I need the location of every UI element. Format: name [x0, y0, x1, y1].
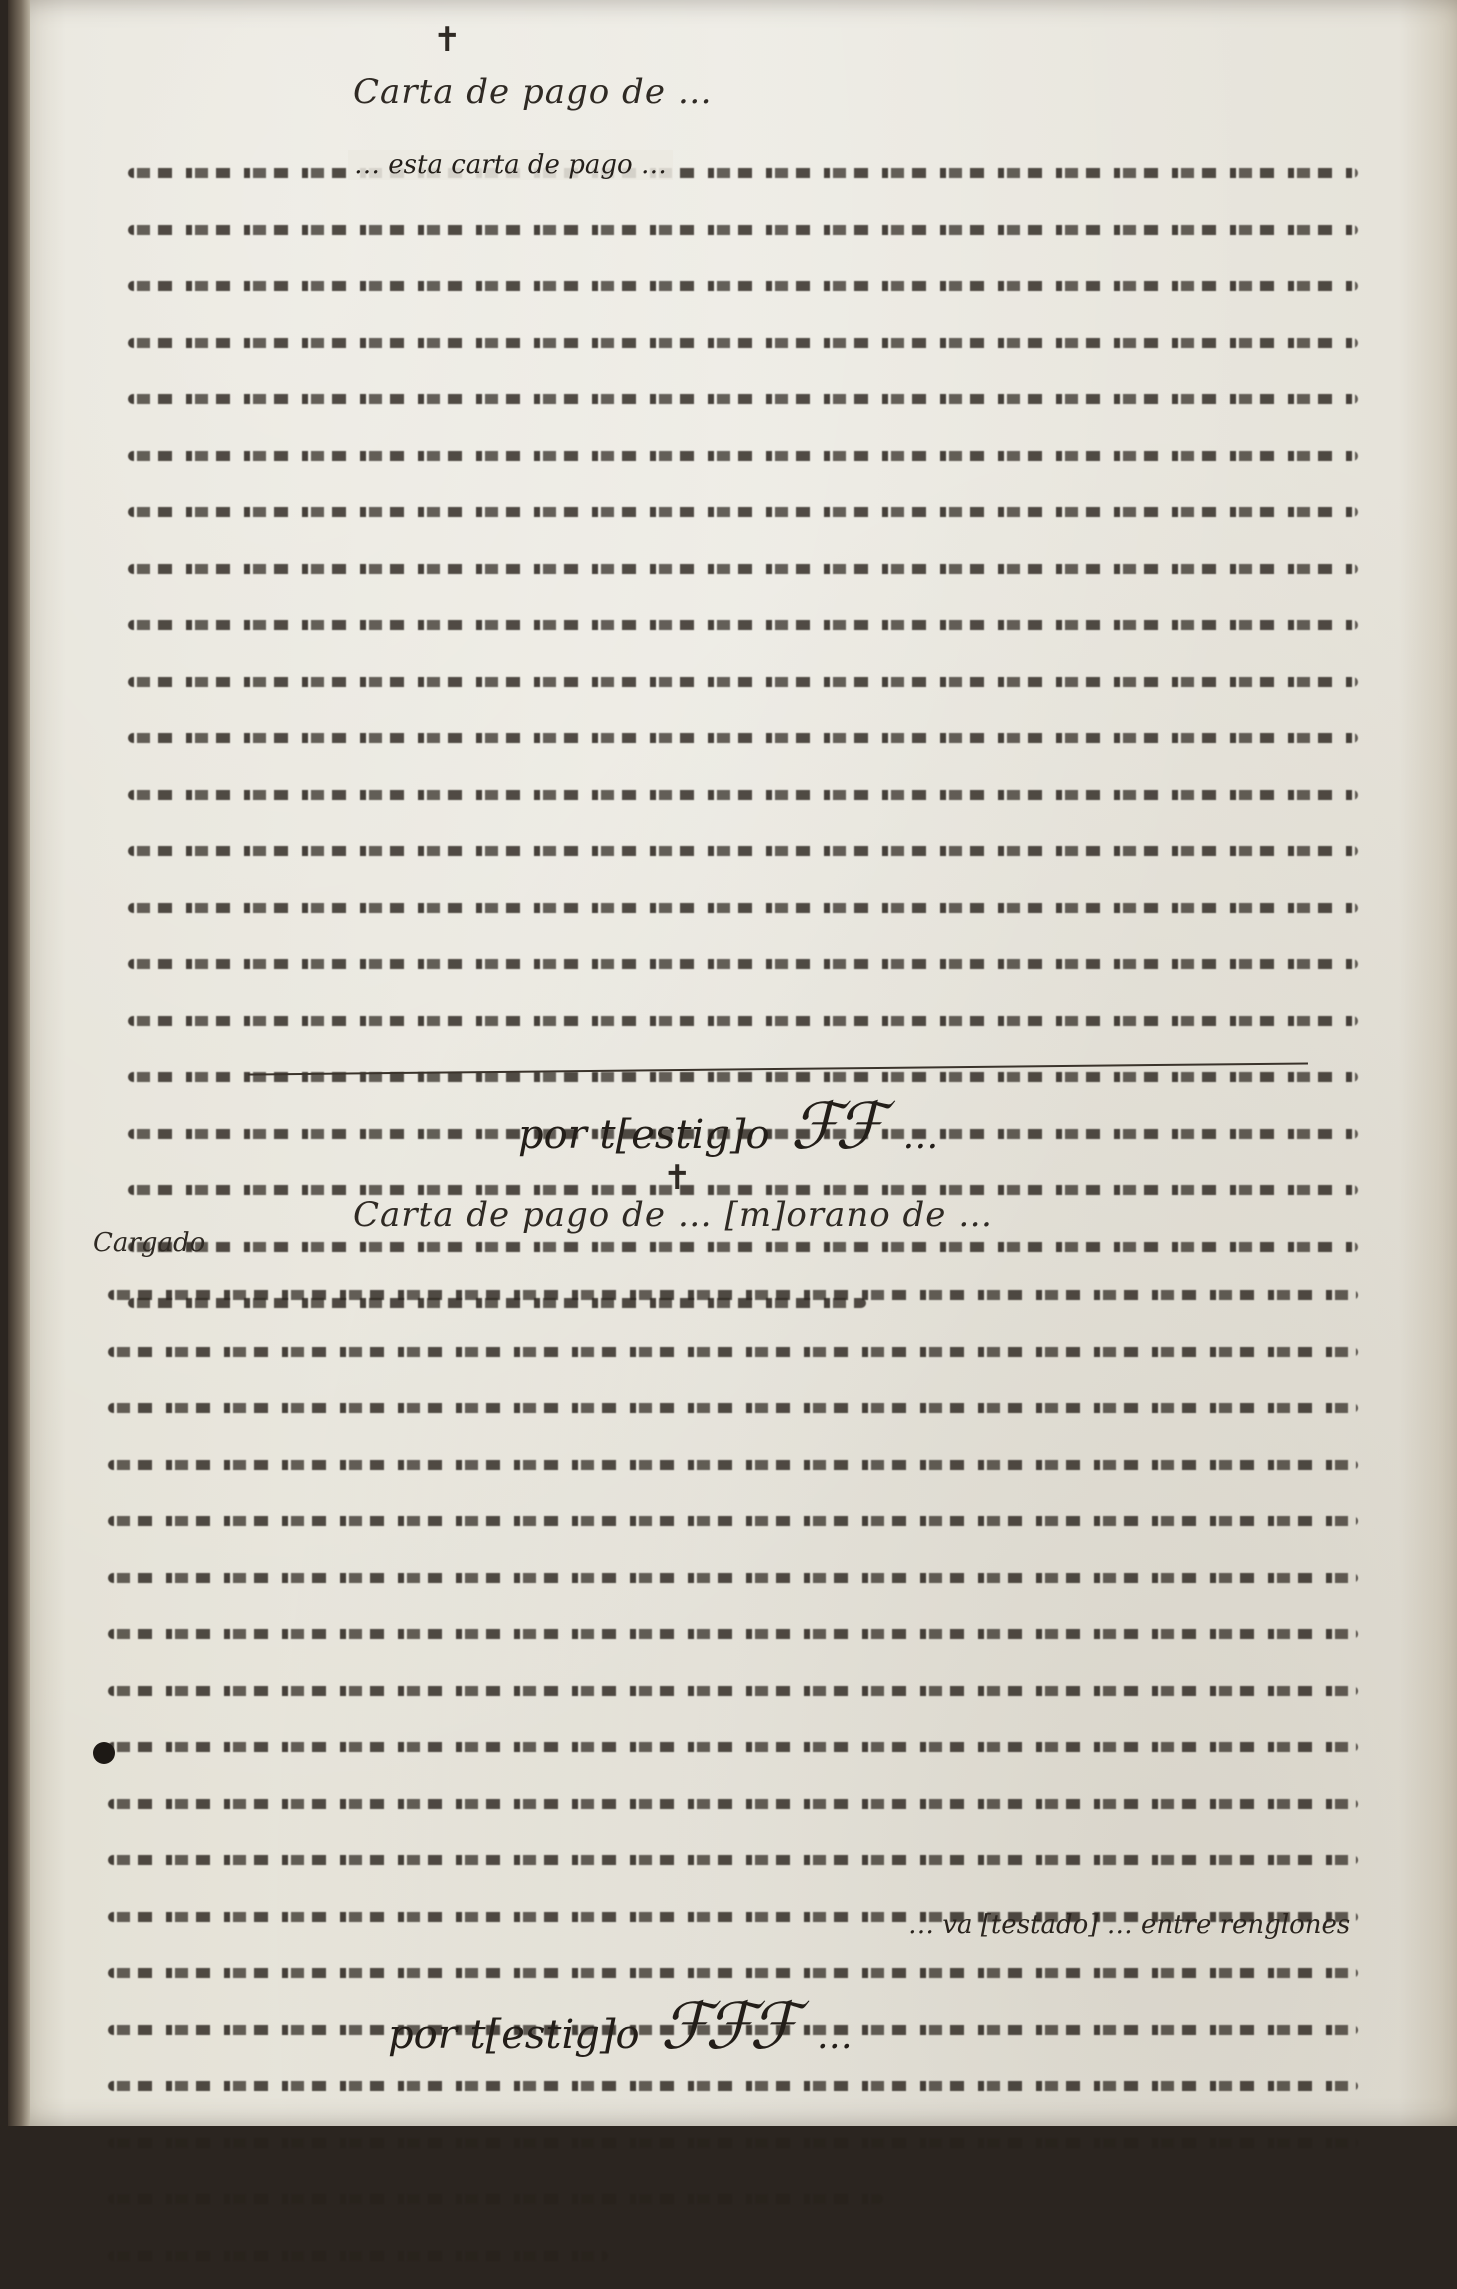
text-line: … esta carta de pago … [128, 150, 1358, 196]
text-line [108, 1329, 1358, 1375]
text-line [128, 828, 1358, 874]
notary-flourish: ℱℱ [791, 1090, 880, 1164]
text-line [128, 207, 1358, 253]
text-line [128, 885, 1358, 931]
text-line [128, 376, 1358, 422]
section-1-heading: Carta de pago de … [353, 72, 713, 112]
text-line [128, 715, 1358, 761]
text-line [108, 2120, 1358, 2127]
text-line [108, 1611, 1358, 1657]
cross-mark: ✝ [663, 1158, 692, 1198]
legible-fragment: … esta carta de pago … [348, 150, 673, 180]
text-line [128, 263, 1358, 309]
text-line [128, 602, 1358, 648]
text-line [108, 1781, 1358, 1827]
signature-por: por t[estig]o [518, 1112, 770, 1158]
text-line [108, 1385, 1358, 1431]
margin-note: Cargado [93, 1228, 205, 1258]
signature-name: … [817, 2016, 853, 2057]
text-line [128, 433, 1358, 479]
text-line [128, 489, 1358, 535]
manuscript-page: ✝ Carta de pago de … … esta carta de pag… [8, 0, 1457, 2126]
cross-mark: ✝ [433, 20, 462, 60]
text-line [128, 659, 1358, 705]
signature-name: … [902, 1116, 938, 1157]
signature-block-1: por t[estig]o ℱℱ … [518, 1090, 938, 1164]
ink-blot [93, 1742, 115, 1764]
text-line [128, 546, 1358, 592]
notary-flourish: ℱℱℱ [661, 1990, 794, 2064]
text-line [128, 320, 1358, 366]
errata-note: … va [testado] … entre renglones [908, 1910, 1350, 1940]
text-line [128, 772, 1358, 818]
text-line [108, 1668, 1358, 1714]
text-line [108, 1498, 1358, 1544]
section-2-heading: Carta de pago de … [m]orano de … [353, 1195, 993, 1235]
text-line [108, 1837, 1358, 1883]
text-line [108, 2063, 1358, 2109]
text-line [108, 1272, 1358, 1318]
text-line [128, 941, 1358, 987]
text-line [108, 1442, 1358, 1488]
text-line [128, 998, 1358, 1044]
text-line [108, 1724, 1358, 1770]
signature-por: por t[estig]o [388, 2012, 640, 2058]
binding-edge [8, 0, 30, 2126]
text-line [108, 1555, 1358, 1601]
signature-block-2: por t[estig]o ℱℱℱ … [388, 1990, 853, 2064]
